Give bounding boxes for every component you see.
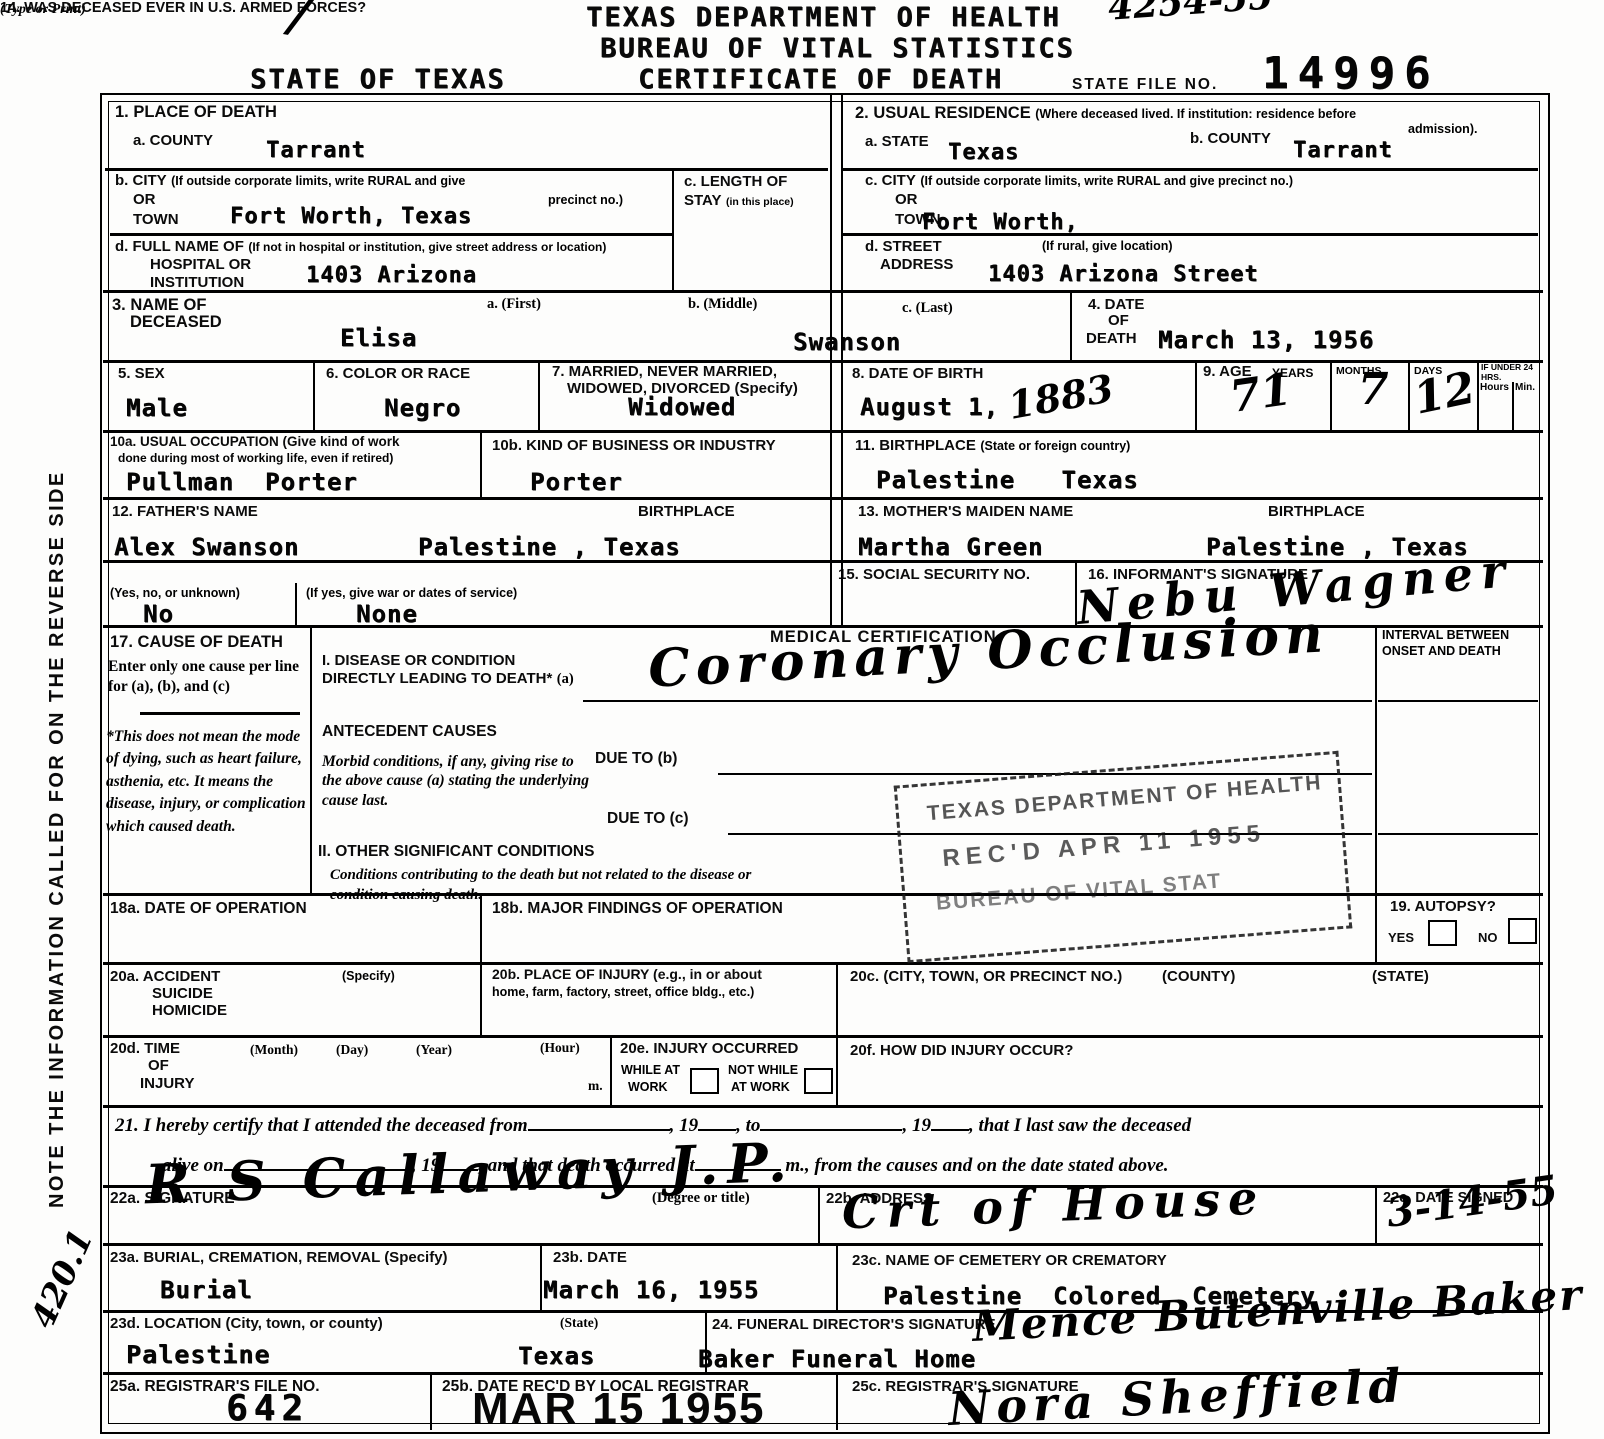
armed-forces-label: 14. WAS DECEASED EVER IN U.S. ARMED FORC… [0, 0, 366, 17]
state-file-no-label: STATE FILE NO. [1072, 76, 1218, 94]
date-of-birth-label: 8. DATE OF BIRTH [852, 365, 983, 382]
injury-m-label: m. [588, 1078, 603, 1094]
line [480, 430, 482, 497]
time-of-injury-label1: 20d. TIME [110, 1040, 180, 1057]
autopsy-yes-checkbox [1428, 920, 1457, 946]
father-name-label: 12. FATHER'S NAME [112, 503, 258, 520]
father-birthplace-value: Palestine , Texas [418, 533, 681, 561]
street-label1: d. STREET [865, 238, 942, 255]
city-label-town: TOWN [133, 211, 179, 228]
city-label-or: OR [133, 191, 156, 208]
sex-value: Male [126, 394, 188, 422]
birthplace-value: Palestine Texas [876, 466, 1139, 494]
line [105, 168, 828, 171]
occupation-value: Pullman Porter [126, 468, 358, 496]
line [538, 360, 540, 430]
mother-name-value: Martha Green [858, 533, 1043, 561]
line [103, 497, 1543, 500]
injury-city-label: 20c. (CITY, TOWN, OR PRECINCT NO.) [850, 968, 1122, 985]
line [310, 625, 312, 893]
line [672, 168, 674, 290]
usual-residence-note2: admission). [1408, 122, 1477, 136]
line [430, 1372, 432, 1430]
mother-name-label: 13. MOTHER'S MAIDEN NAME [858, 503, 1073, 520]
header-department: TEXAS DEPARTMENT OF HEALTH [586, 2, 1061, 33]
accident-specify: (Specify) [342, 969, 395, 983]
injury-occurred-label: 20e. INJURY OCCURRED [620, 1040, 798, 1057]
major-findings-label: 18b. MAJOR FINDINGS OF OPERATION [492, 900, 783, 918]
funeral-home-value: Baker Funeral Home [698, 1345, 976, 1373]
certify-p4: , 19 [902, 1115, 931, 1136]
hospital-label-note: (If not in hospital or institution, give… [248, 240, 606, 254]
disease-a-mark: (a) [557, 671, 574, 687]
how-injury-occurred-label: 20f. HOW DID INJURY OCCUR? [850, 1042, 1073, 1059]
blank-line [528, 1114, 670, 1131]
residence-state-value: Texas [948, 140, 1019, 165]
residence-city-head: c. CITY [865, 172, 916, 189]
line [480, 893, 482, 962]
burial-value: Burial [160, 1276, 253, 1304]
not-while-at-work-checkbox [804, 1068, 833, 1094]
line [1378, 700, 1538, 702]
burial-location-label: 23d. LOCATION (City, town, or county) [110, 1315, 383, 1332]
residence-city-value: Fort Worth, [922, 210, 1079, 235]
ssn-label: 15. SOCIAL SECURITY NO. [838, 566, 1030, 583]
certify-p5: , that I last saw the deceased [969, 1115, 1191, 1136]
name-label2: DECEASED [130, 313, 222, 332]
marital-value: Widowed [628, 393, 736, 421]
line [480, 962, 482, 1035]
due-to-b-label: DUE TO (b) [595, 750, 677, 768]
city-value: Fort Worth, Texas [230, 204, 472, 229]
length-of-stay-label1: c. LENGTH OF [684, 173, 787, 190]
injury-hour-label: (Hour) [540, 1040, 580, 1056]
last-name-label: c. (Last) [902, 300, 953, 317]
race-label: 6. COLOR OR RACE [326, 365, 470, 382]
handwritten-file-annotation: 4254-55 [1107, 0, 1274, 26]
cause-of-death-sub: Enter only one cause per line for (a), (… [108, 657, 310, 697]
line [313, 360, 315, 430]
line [103, 1035, 1543, 1038]
state-file-no-value: 14996 [1262, 48, 1439, 99]
street-label2: ADDRESS [880, 256, 953, 273]
cemetery-label: 23c. NAME OF CEMETERY OR CREMATORY [852, 1252, 1167, 1269]
work-label: WORK [628, 1080, 668, 1094]
usual-residence-head: 2. USUAL RESIDENCE [855, 104, 1031, 122]
header-state-of-texas: STATE OF TEXAS [250, 64, 506, 95]
city-label-note: (If outside corporate limits, write RURA… [171, 174, 465, 188]
residence-city-label: c. CITY (If outside corporate limits, wr… [865, 172, 1293, 190]
line [836, 962, 838, 1105]
burial-state-value: Texas [518, 1342, 595, 1370]
blank-line [698, 1114, 736, 1131]
place-of-injury-label1: 20b. PLACE OF INJURY (e.g., in or about [492, 966, 762, 982]
blank-line [931, 1114, 969, 1131]
date-of-birth-typed: August 1, [860, 393, 999, 421]
burial-label: 23a. BURIAL, CREMATION, REMOVAL (Specify… [110, 1249, 448, 1266]
autopsy-yes-label: YES [1388, 931, 1414, 946]
physician-address-handwritten: Crt of House [841, 1175, 1266, 1236]
injury-state-label: (STATE) [1372, 968, 1429, 985]
burial-state-label: (State) [560, 1315, 598, 1331]
due-to-c-label: DUE TO (c) [607, 810, 689, 828]
line [140, 712, 300, 715]
accident-label1: 20a. ACCIDENT [110, 968, 220, 985]
stamp-line3: BUREAU OF VITAL STAT [935, 869, 1223, 915]
county-label: a. COUNTY [133, 132, 213, 149]
armed-forces-note1: (Yes, no, or unknown) [110, 586, 240, 600]
line [705, 1310, 707, 1372]
sex-label: 5. SEX [118, 365, 165, 382]
occupation-label1: 10a. USUAL OCCUPATION (Give kind of work [110, 434, 400, 450]
time-of-injury-label2: OF [148, 1057, 169, 1074]
length-of-stay-label2: STAY (in this place) [684, 192, 794, 210]
age-under24-label: IF UNDER 24 HRS. [1481, 362, 1539, 382]
birthplace-label: 11. BIRTHPLACE (State or foreign country… [855, 437, 1130, 455]
line [1195, 360, 1197, 430]
header-certificate-of-death: CERTIFICATE OF DEATH [638, 64, 1003, 95]
birthplace-note: (State or foreign country) [980, 439, 1130, 453]
residence-county-label: b. COUNTY [1190, 130, 1271, 147]
other-significant-conditions-label: II. OTHER SIGNIFICANT CONDITIONS [318, 843, 594, 861]
line [110, 233, 672, 236]
first-name-value: Elisa [340, 324, 417, 352]
place-of-death-title: 1. PLACE OF DEATH [115, 103, 277, 122]
place-of-injury-label2: home, farm, factory, street, office bldg… [492, 985, 754, 999]
date-of-death-label3: DEATH [1086, 330, 1137, 347]
line [295, 583, 297, 625]
age-min-label: Min. [1515, 382, 1535, 393]
line [843, 168, 1538, 171]
date-of-death-label1: 4. DATE [1088, 296, 1144, 313]
birthplace-head: 11. BIRTHPLACE [855, 437, 976, 454]
hospital-label3: INSTITUTION [150, 274, 244, 291]
line [1512, 382, 1514, 430]
usual-residence-title: 2. USUAL RESIDENCE (Where deceased lived… [855, 104, 1356, 123]
stamp-line2: REC'D APR 11 1955 [942, 820, 1267, 873]
residence-city-or: OR [895, 191, 918, 208]
disease-label2-text: DIRECTLY LEADING TO DEATH* [322, 670, 552, 687]
residence-county-value: Tarrant [1293, 138, 1393, 163]
last-name-value: Swanson [793, 328, 901, 356]
age-years-value: 71 [1227, 368, 1294, 420]
time-of-injury-label3: INJURY [140, 1075, 194, 1092]
certify-p1: 21. I hereby certify that I attended the… [115, 1115, 528, 1136]
injury-year-label: (Year) [416, 1042, 452, 1058]
morbid-conditions-note: Morbid conditions, if any, giving rise t… [322, 752, 590, 810]
line [836, 1372, 838, 1430]
death-certificate-document: / TEXAS DEPARTMENT OF HEALTH 4254-55 BUR… [0, 0, 1604, 1439]
burial-date-label: 23b. DATE [553, 1249, 627, 1266]
stay-word: STAY [684, 192, 722, 209]
marital-label1: 7. MARRIED, NEVER MARRIED, [552, 363, 777, 380]
date-of-death-label2: OF [1108, 312, 1129, 329]
line [841, 93, 843, 625]
line [103, 430, 1543, 433]
city-label: b. CITY (If outside corporate limits, wr… [115, 172, 465, 190]
line [1375, 625, 1377, 962]
line [540, 1243, 542, 1310]
industry-value: Porter [530, 468, 623, 496]
mother-birthplace-label: BIRTHPLACE [1268, 503, 1365, 520]
line [1070, 290, 1072, 360]
age-days-value: 12 [1410, 366, 1479, 422]
residence-state-label: a. STATE [865, 133, 929, 150]
city-label-note2: precinct no.) [548, 193, 623, 207]
injury-day-label: (Day) [336, 1042, 368, 1058]
while-at-work-checkbox [690, 1068, 719, 1094]
hospital-label: d. FULL NAME OF (If not in hospital or i… [115, 238, 606, 256]
cause-of-death-note: *This does not mean the mode of dying, s… [106, 726, 312, 838]
registrar-file-value: 642 [226, 1388, 309, 1429]
line [103, 1105, 1543, 1108]
line [103, 1243, 1543, 1246]
father-birthplace-label: BIRTHPLACE [638, 503, 735, 520]
industry-label: 10b. KIND OF BUSINESS OR INDUSTRY [492, 437, 776, 454]
line [836, 1243, 838, 1310]
line [103, 360, 1543, 363]
antecedent-causes-label: ANTECEDENT CAUSES [322, 723, 497, 741]
hospital-label-head: d. FULL NAME OF [115, 238, 244, 255]
armed-forces-service-value: None [356, 600, 418, 628]
autopsy-no-checkbox [1508, 918, 1537, 944]
county-value: Tarrant [266, 138, 366, 163]
armed-forces-note2: (If yes, give war or dates of service) [306, 586, 517, 600]
certify-p9: m., from the causes and on the date stat… [785, 1155, 1168, 1176]
street-note: (If rural, give location) [1042, 239, 1173, 253]
line [103, 962, 1543, 965]
burial-date-value: March 16, 1955 [543, 1276, 759, 1304]
residence-city-note: (If outside corporate limits, write RURA… [920, 174, 1293, 188]
handwritten-margin-code: 420.1 [26, 1225, 98, 1333]
at-work-label: AT WORK [731, 1080, 790, 1094]
line [610, 1035, 612, 1105]
interval-label1: INTERVAL BETWEEN [1382, 628, 1509, 642]
hospital-label2: HOSPITAL OR [150, 256, 251, 273]
reverse-side-note: NOTE THE INFORMATION CALLED FOR ON THE R… [46, 316, 69, 1208]
line [1375, 1185, 1377, 1243]
cause-of-death-title: 17. CAUSE OF DEATH [110, 633, 283, 652]
line [1477, 360, 1479, 430]
line [1408, 360, 1410, 430]
line [1330, 360, 1332, 430]
race-value: Negro [384, 394, 461, 422]
header-bureau: BUREAU OF VITAL STATISTICS [600, 33, 1075, 64]
middle-name-label: b. (Middle) [688, 296, 757, 313]
autopsy-no-label: NO [1478, 931, 1498, 946]
stamp-line1: TEXAS DEPARTMENT OF HEALTH [926, 771, 1323, 826]
received-stamp: TEXAS DEPARTMENT OF HEALTH REC'D APR 11 … [894, 751, 1353, 963]
first-name-label: a. (First) [487, 296, 541, 313]
accident-label3: HOMICIDE [152, 1002, 227, 1019]
date-received-stamp: MAR 15 1955 [472, 1384, 765, 1434]
burial-location-value: Palestine [126, 1340, 270, 1369]
stay-note: (in this place) [726, 196, 794, 208]
not-while-label: NOT WHILE [728, 1063, 798, 1077]
blank-line [760, 1114, 902, 1131]
hospital-value: 1403 Arizona [306, 263, 477, 288]
city-label-head: b. CITY [115, 172, 167, 189]
interval-label2: ONSET AND DEATH [1382, 644, 1501, 658]
armed-forces-value: No [143, 600, 174, 628]
age-months-value: 7 [1358, 368, 1389, 412]
injury-county-label: (COUNTY) [1162, 968, 1235, 985]
disease-label2: DIRECTLY LEADING TO DEATH* (a) [322, 670, 574, 688]
disease-label1: I. DISEASE OR CONDITION [322, 652, 515, 669]
street-value: 1403 Arizona Street [988, 262, 1259, 287]
date-of-death-value: March 13, 1956 [1158, 326, 1374, 354]
date-of-operation-label: 18a. DATE OF OPERATION [110, 900, 307, 918]
while-at-label: WHILE AT [621, 1063, 680, 1077]
line [583, 700, 1372, 702]
line [103, 290, 1543, 293]
funeral-director-label: 24. FUNERAL DIRECTOR'S SIGNATURE [712, 1316, 996, 1333]
accident-label2: SUICIDE [152, 985, 213, 1002]
age-hours-label: Hours [1480, 382, 1509, 393]
line [843, 233, 1538, 236]
father-name-value: Alex Swanson [114, 533, 299, 561]
usual-residence-note: (Where deceased lived. If institution: r… [1035, 107, 1356, 121]
autopsy-label: 19. AUTOPSY? [1390, 898, 1496, 915]
line [818, 1185, 820, 1243]
line [830, 93, 832, 625]
injury-month-label: (Month) [250, 1042, 298, 1058]
occupation-label2: done during most of working life, even i… [118, 451, 393, 465]
line [1378, 833, 1538, 835]
